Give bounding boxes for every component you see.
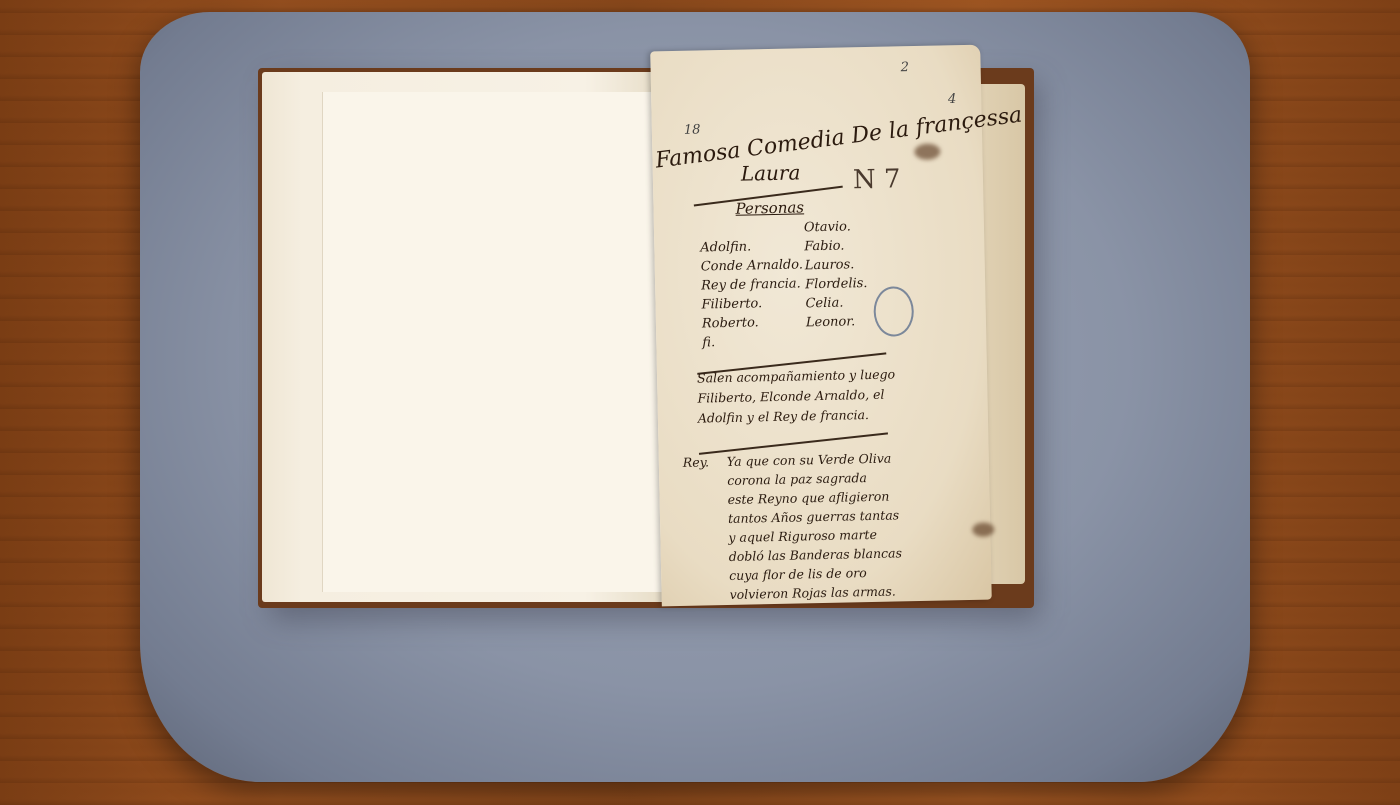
stage-direction: Salen acompañamiento y luego Filiberto, … (697, 364, 898, 428)
page-number-top: 2 (900, 60, 909, 75)
personas-heading: Personas (735, 198, 804, 217)
page-number-left: 18 (684, 122, 701, 137)
speaker-label: Rey. (683, 452, 710, 472)
ink-stain (914, 143, 940, 160)
persona: Adolfin. (700, 236, 803, 257)
verse-line: dobló las Banderas blancas (729, 543, 903, 566)
persona: Leonor. (806, 312, 869, 332)
manuscript-subtitle: Laura (741, 160, 801, 185)
verse-block: Rey. Ya que con su Verde Oliva corona la… (683, 448, 903, 605)
shelf-mark: N 7 (853, 164, 901, 195)
blank-left-page (262, 72, 666, 602)
persona: Flordelis. (805, 274, 868, 294)
persona: Rey de francia. (701, 274, 804, 295)
persona: Conde Arnaldo. (701, 255, 804, 276)
persona: Lauros. (805, 255, 868, 275)
personas-left-column: Adolfin. Conde Arnaldo. Rey de francia. … (700, 236, 805, 352)
library-stamp (873, 286, 914, 337)
persona: Roberto. (702, 312, 805, 333)
page-number-edge: 4 (948, 92, 956, 107)
manuscript-title: Famosa Comedia De la françessa (654, 103, 1024, 174)
persona: Fabio. (804, 236, 867, 256)
manuscript-page: 18 2 Famosa Comedia De la françessa Laur… (650, 45, 992, 607)
verse-line: volvieron Rojas las armas. (729, 581, 903, 604)
verse-line: Ya que con su Verde Oliva (727, 448, 901, 471)
persona: Otavio. (804, 217, 867, 237)
persona: fi. (702, 331, 805, 352)
personas-right-column: Otavio. Fabio. Lauros. Flordelis. Celia.… (804, 217, 869, 332)
persona: Filiberto. (701, 293, 804, 314)
persona: Celia. (805, 293, 868, 313)
